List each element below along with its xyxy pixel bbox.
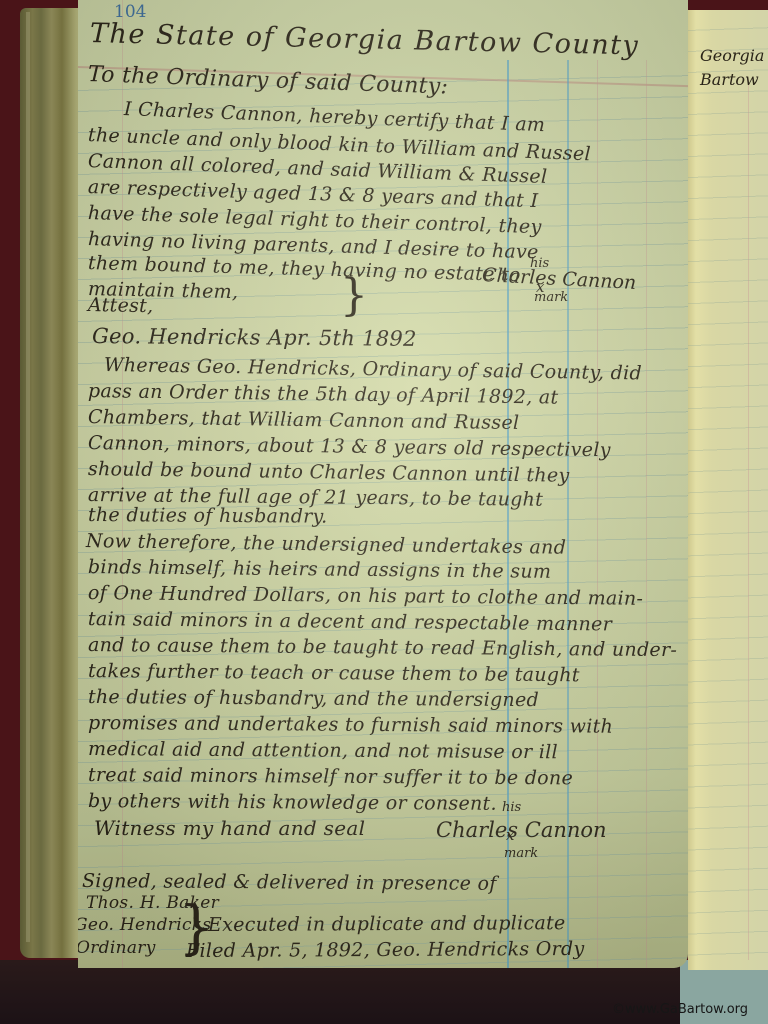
executed-line: Executed in duplicate and duplicate: [208, 912, 566, 936]
attest-label: Attest,: [88, 294, 154, 317]
final-signature: Charles Cannon: [436, 818, 607, 842]
facing-page: Georgia Bartow: [688, 10, 768, 970]
order-line: the duties of husbandry.: [88, 504, 328, 528]
facing-page-line: Bartow: [700, 70, 759, 89]
attest-line: Geo. Hendricks Apr. 5th 1892: [92, 324, 417, 351]
mark-label: mark: [504, 846, 538, 861]
facing-page-line: Georgia: [700, 46, 764, 65]
undertaking-line: promises and undertakes to furnish said …: [88, 712, 613, 738]
mark-label: mark: [534, 290, 568, 305]
filed-line: Filed Apr. 5, 1892, Geo. Hendricks Ordy: [186, 938, 585, 962]
his-label: his: [502, 800, 521, 815]
undertaking-line: by others with his knowledge or consent.: [88, 790, 497, 815]
undertaking-line: the duties of husbandry, and the undersi…: [88, 686, 539, 711]
copyright-watermark: ©www.GaBartow.org: [612, 1002, 748, 1017]
undertaking-line: treat said minors himself nor suffer it …: [88, 764, 573, 789]
brace-mark: }: [340, 274, 368, 318]
document-heading: The State of Georgia Bartow County: [90, 18, 640, 61]
witness-title: Ordinary: [78, 938, 156, 958]
his-label: his: [530, 256, 549, 271]
ledger-page: 104 The State of Georgia Bartow County T…: [78, 0, 688, 968]
signed-sealed-line: Signed, sealed & delivered in presence o…: [82, 870, 497, 895]
mark-x: x: [506, 826, 514, 844]
witness-line: Witness my hand and seal: [94, 816, 365, 840]
undertaking-line: medical aid and attention, and not misus…: [88, 738, 558, 763]
undertaking-line: takes further to teach or cause them to …: [88, 660, 580, 686]
